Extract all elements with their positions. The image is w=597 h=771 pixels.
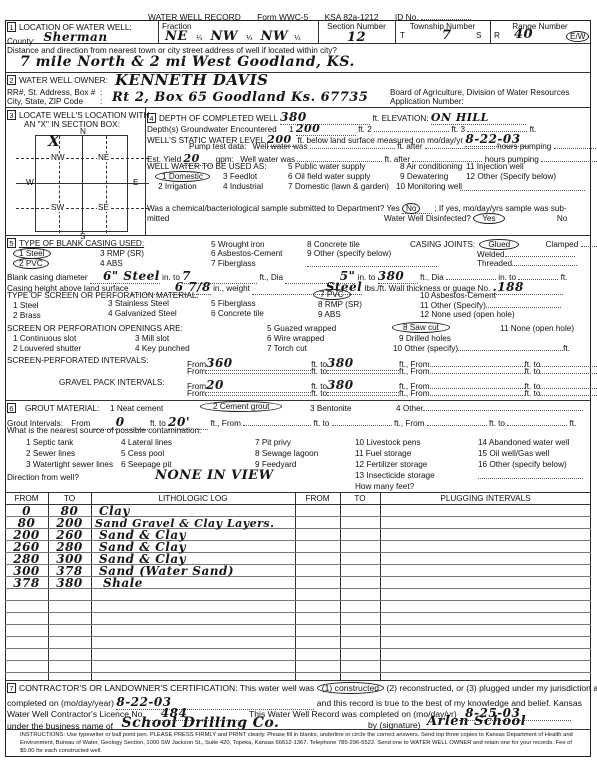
- source-cess[interactable]: 5 Cess pool: [121, 449, 164, 458]
- direction-value[interactable]: NONE IN VIEW: [155, 468, 274, 483]
- source-sewage-lagoon[interactable]: 8 Sewage lagoon: [255, 449, 318, 458]
- pump-gpm-2[interactable]: [541, 161, 597, 162]
- casing-wrought-iron[interactable]: 5 Wrought iron: [211, 240, 265, 249]
- board-label: Board of Agriculture, Division of Water …: [390, 88, 569, 97]
- casing-joints: CASING JOINTS: Glued Clamped: [410, 240, 597, 249]
- address-label: RR#, St. Address, Box #: [7, 88, 95, 97]
- casing-rmp[interactable]: 3 RMP (SR): [100, 249, 144, 258]
- fraction-field[interactable]: NE ¼ NW ¼ NW ¼: [165, 29, 300, 44]
- log-row[interactable]: 378380Shale: [5, 577, 296, 589]
- county-field[interactable]: County: Sherman: [7, 33, 108, 47]
- log-row[interactable]: 080Clay: [5, 505, 296, 517]
- instructions: INSTRUCTIONS: Use typewriter or ball poi…: [20, 731, 585, 755]
- casing-steel[interactable]: 1 Steel: [13, 249, 51, 258]
- north-label: N: [80, 127, 86, 136]
- source-other-specify[interactable]: [478, 471, 583, 479]
- gravel-intervals-label: GRAVEL PACK INTERVALS:: [59, 378, 165, 387]
- cert-plugged[interactable]: (3) plugged under my jurisdiction and wa…: [466, 683, 597, 693]
- plug-header-intervals: PLUGGING INTERVALS: [380, 494, 591, 503]
- opening-torch[interactable]: 7 Torch cut: [267, 344, 307, 353]
- section-number-value[interactable]: 12: [318, 30, 395, 45]
- screen-asbestos[interactable]: 10 Asbestos-Cement: [420, 291, 496, 300]
- casing-asbestos[interactable]: 6 Asbestos-Cement: [211, 249, 282, 258]
- grout-other[interactable]: 4 Other: [396, 404, 583, 413]
- disinfected-no[interactable]: No: [557, 214, 567, 223]
- quarter-mark: ¼: [246, 33, 252, 42]
- use-injection[interactable]: 11 Injection well: [466, 162, 524, 171]
- source-sewer[interactable]: 2 Sewer lines: [26, 449, 75, 458]
- casing-other-specify[interactable]: [307, 259, 437, 267]
- opening-guazed[interactable]: 5 Guazed wrapped: [267, 324, 336, 333]
- address-value[interactable]: Rt 2, Box 65 Goodland Ks. 67735: [112, 90, 368, 105]
- screen-none[interactable]: 12 None used (open hole): [420, 310, 515, 319]
- quadrant-nw: NW: [50, 153, 66, 162]
- casing-pvc[interactable]: 2 PVC: [13, 259, 49, 268]
- screen-galvanized[interactable]: 4 Galvanized Steel: [108, 309, 177, 318]
- source-other[interactable]: 16 Other (specify below): [478, 460, 567, 469]
- screen-abs[interactable]: 9 ABS: [318, 310, 341, 319]
- sample-row: Was a chemical/bacteriological sample su…: [147, 204, 567, 214]
- source-septic[interactable]: 1 Septic tank: [26, 438, 73, 447]
- grout-neat-cement[interactable]: 1 Neat cement: [110, 404, 163, 413]
- grout-cement-grout[interactable]: 2 Cement grout: [200, 402, 282, 411]
- source-insecticide[interactable]: 13 Insecticide storage: [355, 471, 435, 480]
- cert-constructed[interactable]: (1) constructed: [317, 682, 384, 694]
- screen-intervals-label: SCREEN-PERFORATED INTERVALS:: [7, 356, 148, 365]
- section3-title: 3LOCATE WELL'S LOCATION WITH: [7, 110, 149, 120]
- signature-value[interactable]: Arlen School: [427, 714, 526, 729]
- source-watertight[interactable]: 3 Watertight sewer lines: [26, 460, 113, 469]
- disinfected-row: Water Well Disinfected? Yes No: [384, 214, 567, 223]
- pump-water-1[interactable]: [310, 148, 395, 149]
- use-dewatering[interactable]: 9 Dewatering: [400, 172, 448, 181]
- log-header-lithologic: LITHOLOGIC LOG: [91, 494, 295, 503]
- casing-other[interactable]: 9 Other (specify below): [307, 249, 391, 258]
- log-header-to: TO: [48, 494, 91, 503]
- openings-title: SCREEN OR PERFORATION OPENINGS ARE:: [7, 324, 183, 333]
- use-irrigation[interactable]: 2 Irrigation: [158, 182, 197, 191]
- township-prefix: T: [400, 31, 405, 40]
- use-air-conditioning[interactable]: 8 Air conditioning: [400, 162, 462, 171]
- use-feedlot[interactable]: 3 Feedlot: [223, 172, 257, 181]
- section3-subtitle: AN "X" IN SECTION BOX:: [24, 120, 120, 129]
- source-fertilizer[interactable]: 12 Fertilizer storage: [355, 460, 427, 469]
- use-public[interactable]: 5 Public water supply: [288, 162, 365, 171]
- casing-abs[interactable]: 4 ABS: [100, 259, 123, 268]
- use-label: WELL WATER TO BE USED AS:: [147, 162, 267, 171]
- opening-none[interactable]: 11 None (open hole): [500, 324, 574, 333]
- fraction-3[interactable]: NW: [261, 29, 288, 44]
- range-label: Range Number: [490, 22, 590, 31]
- plug-header-to: TO: [340, 494, 380, 503]
- fraction-2[interactable]: NW: [210, 29, 237, 44]
- county-value[interactable]: Sherman: [44, 30, 108, 44]
- use-other-specify[interactable]: [460, 182, 585, 191]
- source-lateral[interactable]: 4 Lateral lines: [121, 438, 172, 447]
- quarter-mark: ¼: [196, 33, 202, 42]
- screen-fiberglass[interactable]: 5 Fiberglass: [211, 299, 256, 308]
- contamination-label: What is the nearest source of possible c…: [7, 426, 201, 435]
- application-label: Application Number:: [390, 97, 464, 106]
- opening-louvered[interactable]: 2 Louvered shutter: [13, 344, 81, 353]
- joint-glued[interactable]: Glued: [479, 239, 519, 250]
- screen-concrete[interactable]: 6 Concrete tile: [211, 309, 264, 318]
- quarter-mark: ¼: [294, 33, 300, 42]
- screen-stainless[interactable]: 3 Stainless Steel: [108, 299, 169, 308]
- opening-other[interactable]: 10 Other (specify)ft.: [393, 344, 570, 353]
- cert-reconstructed[interactable]: (2) reconstructed, or: [386, 683, 463, 693]
- certification-row: 7CONTRACTOR'S OR LANDOWNER'S CERTIFICATI…: [7, 683, 597, 693]
- screen-brass[interactable]: 2 Brass: [13, 311, 41, 320]
- log-row[interactable]: 300378Sand (Water Sand): [5, 565, 296, 577]
- casing-concrete[interactable]: 8 Concrete tile: [307, 240, 360, 249]
- township-suffix: S: [476, 31, 481, 40]
- mitted-label: mitted: [147, 214, 169, 223]
- range-value[interactable]: 40: [514, 27, 533, 42]
- screen-interval-2: Fromft. toft., Fromft. toft.: [187, 367, 597, 376]
- county-label: County:: [7, 37, 35, 46]
- use-other[interactable]: 12 Other (Specify below): [466, 172, 556, 181]
- quadrant-se: SE: [97, 203, 110, 212]
- quadrant-ne: NE: [97, 153, 110, 162]
- screen-pvc[interactable]: 7 PVC: [313, 290, 351, 299]
- use-oilfield[interactable]: 6 Oil field water supply: [288, 172, 370, 181]
- range-prefix: R: [494, 31, 500, 40]
- pump-after-1[interactable]: [425, 148, 495, 149]
- pump-test-row-1: Pump test data: Well water was ft. after…: [147, 142, 597, 151]
- screen-rmp[interactable]: 8 RMP (SR): [318, 300, 362, 309]
- source-pit-privy[interactable]: 7 Pit privy: [255, 438, 291, 447]
- range-field[interactable]: R 40 E/W: [494, 31, 590, 40]
- plug-header-from: FROM: [295, 494, 340, 503]
- distance-value[interactable]: 7 mile North & 2 mi West Goodland, KS.: [20, 54, 355, 70]
- use-industrial[interactable]: 4 Industrial: [223, 182, 263, 191]
- location-mark: X: [48, 132, 60, 150]
- section2-title: 2WATER WELL OWNER:: [7, 75, 108, 85]
- owner-value[interactable]: KENNETH DAVIS: [115, 71, 268, 89]
- source-abandoned[interactable]: 14 Abandoned water well: [478, 438, 570, 447]
- screen-other[interactable]: 11 Other (Specify): [420, 301, 561, 310]
- screen-material-title: TYPE OF SCREEN OR PERFORATION MATERIAL:: [7, 291, 199, 300]
- east-label: E: [133, 178, 138, 187]
- sample-no[interactable]: No: [402, 204, 432, 214]
- opening-drilled[interactable]: 9 Drilled holes: [399, 334, 451, 343]
- section5-title: 5TYPE OF BLANK CASING USED:: [7, 238, 144, 248]
- opening-mill[interactable]: 3 Mill slot: [135, 334, 169, 343]
- grout-bentonite[interactable]: 3 Bentonite: [310, 404, 351, 413]
- pump-gpm-1[interactable]: [554, 148, 597, 149]
- joint-welded[interactable]: Welded: [477, 250, 575, 259]
- opening-continuous[interactable]: 1 Continuous slot: [13, 334, 76, 343]
- disinfected-yes[interactable]: Yes: [473, 213, 504, 224]
- source-livestock[interactable]: 10 Livestock pens: [355, 438, 421, 447]
- direction-label: Direction from well?: [7, 473, 79, 482]
- source-oil-gas[interactable]: 15 Oil well/Gas well: [478, 449, 549, 458]
- opening-key[interactable]: 4 Key punched: [135, 344, 190, 353]
- township-field[interactable]: T 7 S: [400, 31, 488, 40]
- log-header-from: FROM: [5, 494, 48, 503]
- west-label: W: [26, 178, 34, 187]
- quadrant-sw: SW: [50, 203, 65, 212]
- use-domestic-lawn[interactable]: 7 Domestic (lawn & garden): [288, 182, 389, 191]
- casing-fiberglass[interactable]: 7 Fiberglass: [211, 259, 256, 268]
- screen-steel[interactable]: 1 Steel: [13, 301, 39, 310]
- opening-saw-cut[interactable]: 8 Saw cut: [392, 323, 450, 332]
- opening-wire[interactable]: 6 Wire wrapped: [267, 334, 324, 343]
- source-fuel[interactable]: 11 Fuel storage: [355, 449, 411, 458]
- joint-clamped[interactable]: Clamped: [545, 240, 578, 249]
- joint-threaded[interactable]: Threaded: [477, 259, 577, 268]
- township-value[interactable]: 7: [442, 28, 452, 43]
- how-many-feet-label: How many feet?: [355, 482, 414, 491]
- fraction-1[interactable]: NE: [165, 29, 188, 44]
- use-monitoring[interactable]: 10 Monitoring well: [396, 182, 462, 191]
- gravel-interval-2: Fromft. toft., Fromft. toft.: [187, 389, 597, 398]
- city-label: City, State, ZIP Code: [7, 97, 83, 106]
- wall-thickness-value[interactable]: .188: [493, 280, 563, 295]
- use-domestic[interactable]: 1 Domestic: [155, 172, 210, 181]
- section6-title: 6GROUT MATERIAL:: [7, 403, 99, 413]
